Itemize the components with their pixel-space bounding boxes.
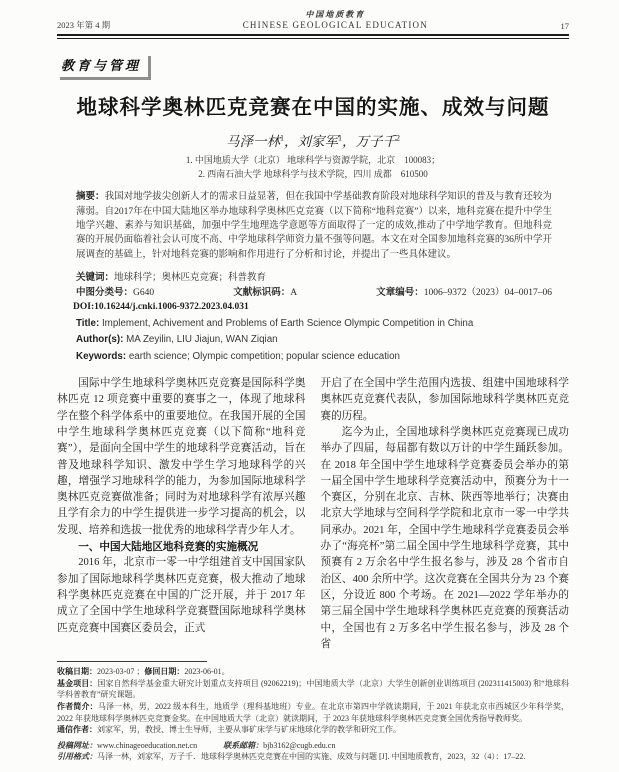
email-label: 联系邮箱：	[223, 741, 263, 750]
corresponding-author-line: 通信作者：刘家军，男，教授、博士生导师，主要从事矿床学与矿床地球化学的教学和研究…	[57, 724, 569, 736]
keywords-label: 关键词：	[76, 273, 114, 283]
contact-line: 投稿网址：www.chinageoeducation.net.cn联系邮箱：bj…	[57, 740, 569, 752]
author: 刘家军1，	[298, 134, 356, 149]
left-column: 国际中学生地球科学奥林匹克竞赛是国际科学奥林匹克 12 项竞赛中重要的赛事之一，…	[57, 376, 306, 653]
english-title-line: Title: Implement, Achivement and Problem…	[76, 316, 552, 332]
header-rule	[57, 34, 569, 39]
dates-line: 收稿日期：2023-03-07 ；修回日期：2023-06-01。	[57, 666, 569, 678]
classification-line: 中图分类号：G640 文献标识码：A 文章编号：1006–9372（2023）0…	[76, 286, 552, 301]
page-number: 17	[561, 21, 570, 31]
journal-name: 中国地质教育 CHINESE GEOLOGICAL EDUCATION	[243, 10, 428, 31]
english-authors-line: Author(s): MA Zeyilin, LIU Jiajun, WAN Z…	[76, 332, 552, 348]
clc-number: 中图分类号：G640	[76, 286, 154, 301]
abstract-text: 我国对地学拔尖创新人才的需求日益显著，但在我国中学基础教育阶段对地球科学知识的普…	[76, 192, 552, 260]
author-bio-line: 作者简介：马泽一林，男，2022 级本科生，地质学（理科基地班）专业。在北京市第…	[57, 701, 569, 724]
section-label: 教育与管理	[57, 53, 148, 77]
abstract-label: 摘要：	[76, 192, 105, 202]
article-id: 文章编号：1006–9372（2023）04–0017–06	[376, 286, 552, 301]
keywords-text: 地球科学；奥林匹克竞赛；科普教育	[114, 273, 266, 283]
english-meta: Title: Implement, Achivement and Problem…	[76, 316, 552, 365]
author: 马泽一林1，	[226, 134, 298, 149]
right-column: 开启了在全国中学生范围内选拔、组建中国地球科学奥林匹克竞赛代表队，参加国际地球科…	[321, 376, 570, 653]
footnotes: 收稿日期：2023-03-07 ；修回日期：2023-06-01。 基金项目：国…	[57, 666, 569, 763]
fund-line: 基金项目：国家自然科学基金重大研究计划重点支持项目 (92062219)；中国地…	[57, 678, 569, 701]
email-address: bjb3162@cugb.edu.cn	[263, 741, 335, 750]
abstract: 摘要：我国对地学拔尖创新人才的需求日益显著，但在我国中学基础教育阶段对地球科学知…	[76, 190, 552, 262]
citation-text: 马泽一林，刘家军，万子千．地球科学奥林匹克竞赛在中国的实施、成效与问题 [J].…	[97, 752, 525, 761]
author: 万子千2	[356, 134, 401, 149]
affiliation-2: 2. 西南石油大学 地球科学与技术学院，四川 成都 610500	[57, 168, 569, 182]
journal-page: 2023 年第 4 期 中国地质教育 CHINESE GEOLOGICAL ED…	[0, 0, 619, 772]
article-body: 国际中学生地球科学奥林匹克竞赛是国际科学奥林匹克 12 项竞赛中重要的赛事之一，…	[57, 376, 569, 653]
english-keywords-line: Keywords: earth science; Olympic competi…	[76, 349, 552, 365]
citation-label: 引用格式：	[57, 752, 97, 761]
body-paragraph: 国际中学生地球科学奥林匹克竞赛是国际科学奥林匹克 12 项竞赛中重要的赛事之一，…	[57, 376, 306, 539]
citation-line: 引用格式：马泽一林，刘家军，万子千．地球科学奥林匹克竞赛在中国的实施、成效与问题…	[57, 751, 569, 763]
body-paragraph: 开启了在全国中学生范围内选拔、组建中国地球科学奥林匹克竞赛代表队，参加国际地球科…	[321, 376, 570, 425]
doi-line: DOI:10.16244/j.cnki.1006-9372.2023.04.03…	[73, 300, 552, 315]
journal-name-chinese: 中国地质教育	[243, 10, 428, 20]
running-head: 2023 年第 4 期 中国地质教育 CHINESE GEOLOGICAL ED…	[57, 10, 569, 31]
affiliations: 1. 中国地质大学（北京） 地球科学与资源学院，北京 100083； 2. 西南…	[57, 154, 569, 181]
website-label: 投稿网址：	[57, 741, 97, 750]
issue-label: 2023 年第 4 期	[57, 19, 110, 31]
author-line: 马泽一林1，刘家军1，万子千2	[57, 130, 569, 150]
document-code: 文献标识码：A	[233, 286, 297, 301]
section-banner: 教育与管理	[57, 53, 569, 77]
body-paragraph: 2016 年，北京市一零一中学组建首支中国国家队参加了国际地球科学奥林匹克竞赛，…	[57, 555, 306, 636]
section-heading: 一、中国大陆地区地科竞赛的实施概况	[57, 539, 306, 555]
body-paragraph: 迄今为止，全国地球科学奥林匹克竞赛现已成功举办了四届，每届都有数以万计的中学生踊…	[321, 425, 570, 653]
affiliation-1: 1. 中国地质大学（北京） 地球科学与资源学院，北京 100083；	[57, 154, 569, 168]
keywords-line: 关键词：地球科学；奥林匹克竞赛；科普教育	[76, 271, 552, 285]
footnote-rule	[57, 661, 207, 662]
journal-name-english: CHINESE GEOLOGICAL EDUCATION	[243, 20, 428, 31]
website-url: www.chinageoeducation.net.cn	[97, 741, 197, 750]
article-title: 地球科学奥林匹克竞赛在中国的实施、成效与问题	[57, 90, 569, 120]
